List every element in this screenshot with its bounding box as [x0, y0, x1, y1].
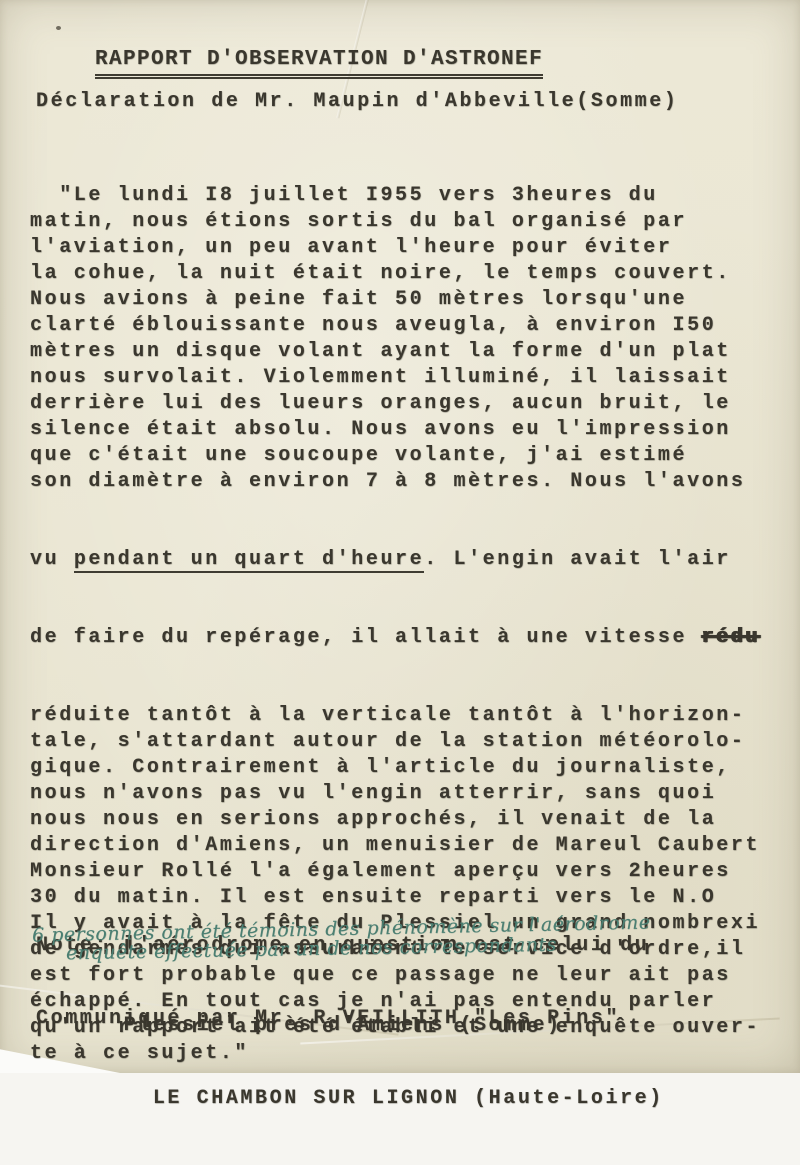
body-text-line: la cohue, la nuit était noire, le temps … — [30, 261, 760, 287]
communique-line: Communiqué par Mr. R.VEILLITH "Les Pins" — [36, 1005, 664, 1031]
body-text-line: nous survolait. Violemment illuminé, il … — [30, 365, 760, 391]
body-text-line: tale, s'attardant autour de la station m… — [30, 729, 760, 755]
body-text-line: Nous avions à peine fait 50 mètres lorsq… — [30, 287, 760, 313]
body-text-line: clarté éblouissante nous aveugla, à envi… — [30, 313, 760, 339]
body-text-line: l'aviation, un peu avant l'heure pour év… — [30, 235, 760, 261]
text-segment: de faire du repérage, il allait à une vi… — [30, 626, 702, 649]
report-title: RAPPORT D'OBSERVATION D'ASTRONEF — [95, 48, 543, 79]
body-line-struck: de faire du repérage, il allait à une vi… — [30, 625, 760, 651]
body-text-line: gique. Contrairement à l'article du jour… — [30, 755, 760, 781]
underlined-phrase: pendant un quart d'heure — [74, 548, 424, 573]
body-text-line: matin, nous étions sortis du bal organis… — [30, 209, 760, 235]
body-line-underlined: vu pendant un quart d'heure. L'engin ava… — [30, 547, 760, 573]
struck-out-text: rédu — [702, 626, 760, 649]
text-segment: vu — [30, 548, 74, 571]
body-text-line: mètres un disque volant ayant la forme d… — [30, 339, 760, 365]
body-text-line: "Le lundi I8 juillet I955 vers 3heures d… — [30, 183, 760, 209]
body-text-line: direction d'Amiens, un menuisier de Mare… — [30, 833, 760, 859]
body-text-line: que c'était une soucoupe volante, j'ai e… — [30, 443, 760, 469]
body-text-line: son diamètre à environ 7 à 8 mètres. Nou… — [30, 469, 760, 495]
scanned-paper-page: RAPPORT D'OBSERVATION D'ASTRONEF Déclara… — [0, 0, 800, 1073]
body-text-line: réduite tantôt à la verticale tantôt à l… — [30, 703, 760, 729]
body-text-line: silence était absolu. Nous avons eu l'im… — [30, 417, 760, 443]
text-segment: . L'engin avait l'air — [424, 548, 731, 571]
body-text-line: nous nous en serions approchés, il venai… — [30, 807, 760, 833]
body-lines-first: "Le lundi I8 juillet I955 vers 3heures d… — [30, 183, 760, 495]
body-text-line: nous n'avons pas vu l'engin atterrir, sa… — [30, 781, 760, 807]
body-text-line: derrière lui des lueurs oranges, aucun b… — [30, 391, 760, 417]
declaration-line: Déclaration de Mr. Maupin d'Abbeville(So… — [36, 90, 679, 113]
ink-speck — [56, 26, 61, 30]
footer-block: Communiqué par Mr. R.VEILLITH "Les Pins"… — [36, 951, 664, 1073]
